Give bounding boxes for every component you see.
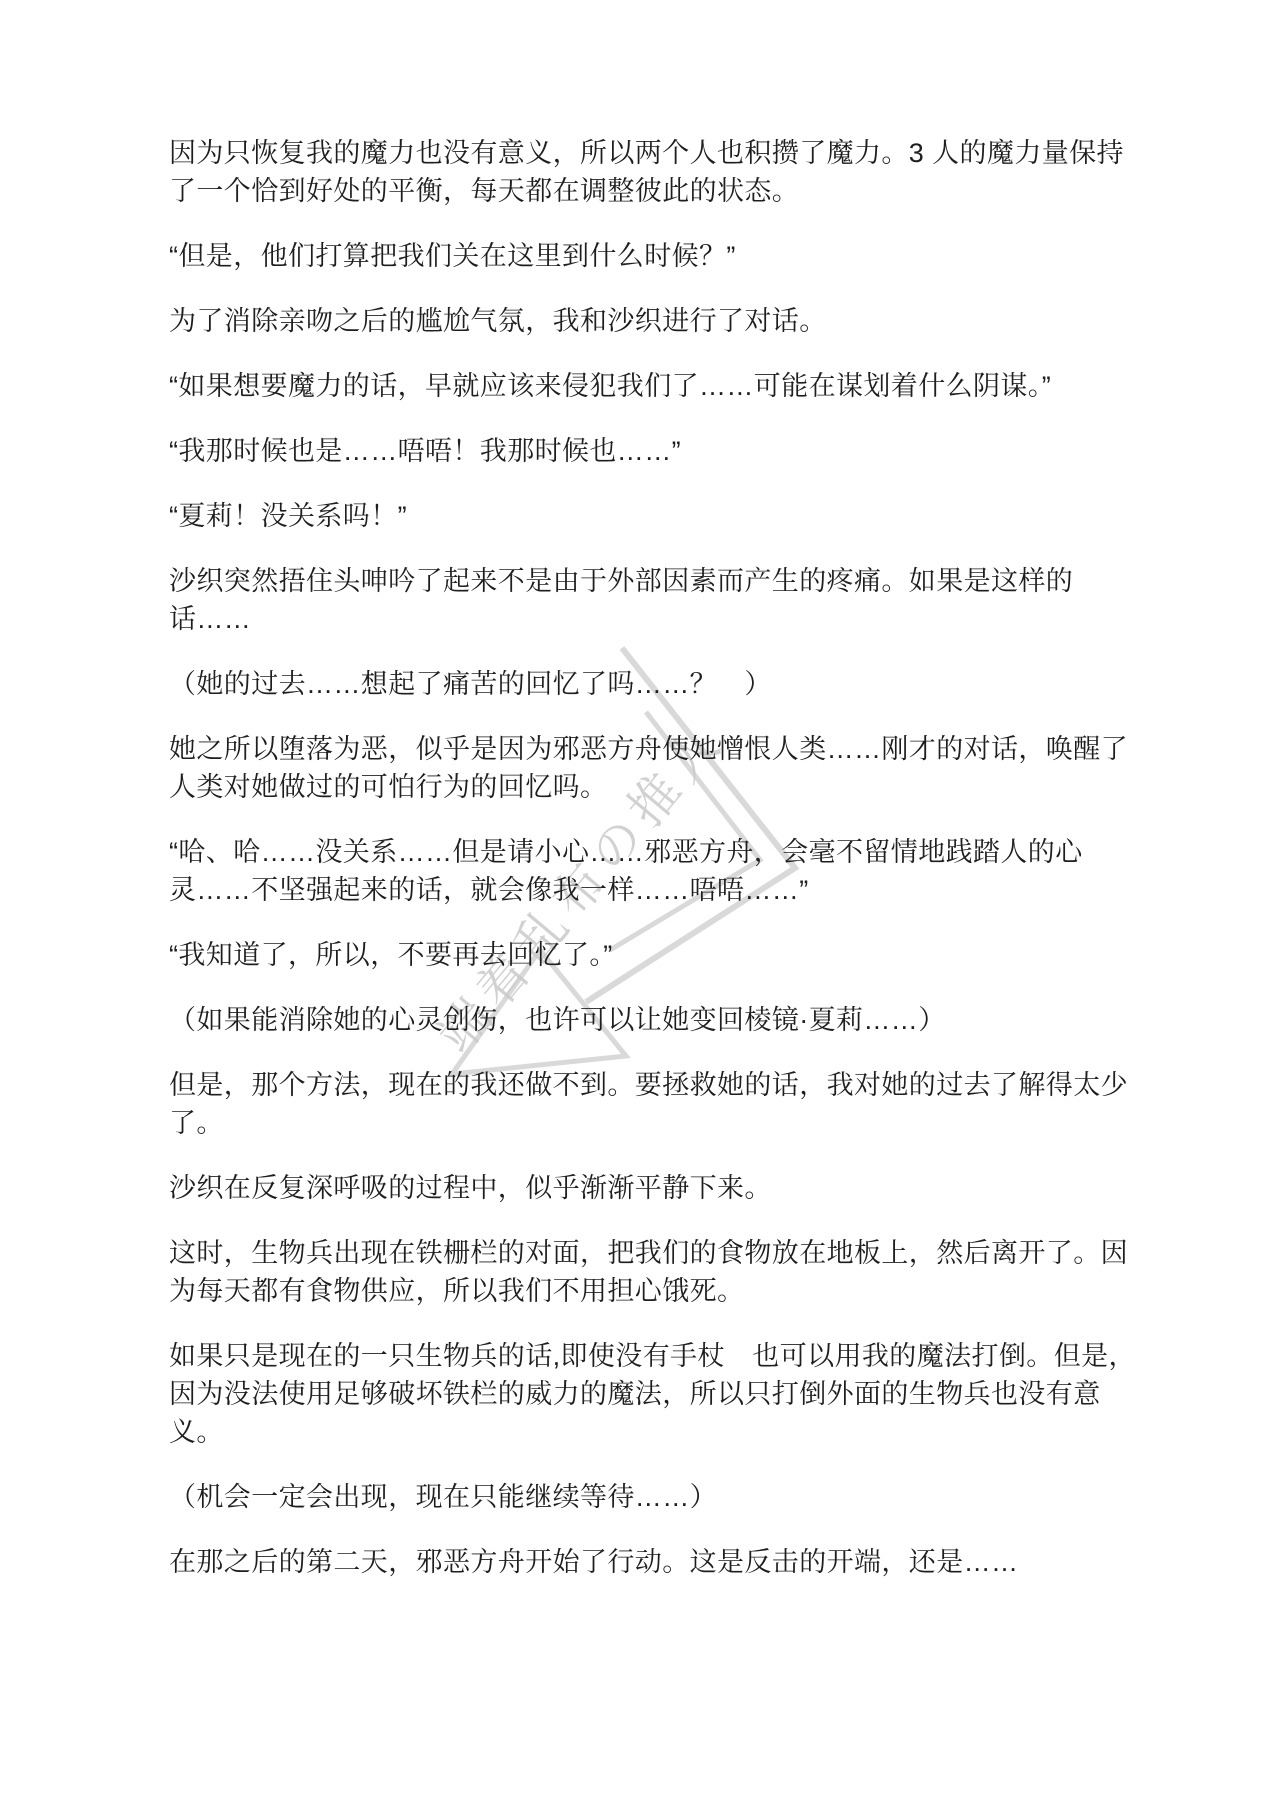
text-line: “哈、哈……没关系……但是请小心……邪恶方舟，会毫不留情地践踏人的心	[169, 833, 1169, 871]
text-line: 沙织在反复深呼吸的过程中，似乎渐渐平静下来。	[169, 1169, 1169, 1207]
paragraph: 沙织在反复深呼吸的过程中，似乎渐渐平静下来。	[169, 1169, 1169, 1207]
text-line: 为每天都有食物供应，所以我们不用担心饿死。	[169, 1272, 1169, 1310]
paragraph: “如果想要魔力的话，早就应该来侵犯我们了……可能在谋划着什么阴谋。”	[169, 367, 1169, 405]
paragraph: 如果只是现在的一只生物兵的话,即使没有手杖 也可以用我的魔法打倒。但是，因为没法…	[169, 1337, 1169, 1451]
paragraph: “夏莉！没关系吗！”	[169, 497, 1169, 535]
text-line: （机会一定会出现，现在只能继续等待……）	[169, 1478, 1169, 1516]
paragraph: 她之所以堕落为恶，似乎是因为邪恶方舟使她憎恨人类……刚才的对话，唤醒了人类对她做…	[169, 730, 1169, 806]
text-line: 这时，生物兵出现在铁栅栏的对面，把我们的食物放在地板上，然后离开了。因	[169, 1234, 1169, 1272]
paragraph: （她的过去……想起了痛苦的回忆了吗……？ ）	[169, 665, 1169, 703]
paragraph: 沙织突然捂住头呻吟了起来不是由于外部因素而产生的疼痛。如果是这样的话……	[169, 562, 1169, 638]
text-line: 话……	[169, 600, 1169, 638]
paragraph: 为了消除亲吻之后的尴尬气氛，我和沙织进行了对话。	[169, 302, 1169, 340]
text-line: “夏莉！没关系吗！”	[169, 497, 1169, 535]
text-line: 沙织突然捂住头呻吟了起来不是由于外部因素而产生的疼痛。如果是这样的	[169, 562, 1169, 600]
text-line: 但是，那个方法，现在的我还做不到。要拯救她的话，我对她的过去了解得太少	[169, 1066, 1169, 1104]
text-line: 义。	[169, 1413, 1169, 1451]
paragraph: 在那之后的第二天，邪恶方舟开始了行动。这是反击的开端，还是……	[169, 1543, 1169, 1581]
paragraph: （机会一定会出现，现在只能继续等待……）	[169, 1478, 1169, 1516]
text-line: “但是，他们打算把我们关在这里到什么时候？”	[169, 237, 1169, 275]
paragraph: “我那时候也是……唔唔！我那时候也……”	[169, 432, 1169, 470]
text-block: 因为只恢复我的魔力也没有意义，所以两个人也积攒了魔力。3 人的魔力量保持了一个恰…	[169, 134, 1169, 1608]
paragraph: “我知道了，所以，不要再去回忆了。”	[169, 936, 1169, 974]
paragraph: “但是，他们打算把我们关在这里到什么时候？”	[169, 237, 1169, 275]
text-line: “如果想要魔力的话，早就应该来侵犯我们了……可能在谋划着什么阴谋。”	[169, 367, 1169, 405]
text-line: 灵……不坚强起来的话，就会像我一样……唔唔……”	[169, 871, 1169, 909]
text-line: （如果能消除她的心灵创伤，也许可以让她变回棱镜·夏莉……）	[169, 1001, 1169, 1039]
text-line: 为了消除亲吻之后的尴尬气氛，我和沙织进行了对话。	[169, 302, 1169, 340]
text-line: 了。	[169, 1104, 1169, 1142]
text-line: “我知道了，所以，不要再去回忆了。”	[169, 936, 1169, 974]
paragraph: 这时，生物兵出现在铁栅栏的对面，把我们的食物放在地板上，然后离开了。因为每天都有…	[169, 1234, 1169, 1310]
paragraph: 因为只恢复我的魔力也没有意义，所以两个人也积攒了魔力。3 人的魔力量保持了一个恰…	[169, 134, 1169, 210]
text-line: 因为只恢复我的魔力也没有意义，所以两个人也积攒了魔力。3 人的魔力量保持	[169, 134, 1169, 172]
text-line: 了一个恰到好处的平衡，每天都在调整彼此的状态。	[169, 172, 1169, 210]
text-line: 在那之后的第二天，邪恶方舟开始了行动。这是反击的开端，还是……	[169, 1543, 1169, 1581]
text-line: 如果只是现在的一只生物兵的话,即使没有手杖 也可以用我的魔法打倒。但是，	[169, 1337, 1169, 1375]
text-line: 因为没法使用足够破坏铁栏的威力的魔法，所以只打倒外面的生物兵也没有意	[169, 1375, 1169, 1413]
paragraph: “哈、哈……没关系……但是请小心……邪恶方舟，会毫不留情地践踏人的心灵……不坚强…	[169, 833, 1169, 909]
document-page: 端着乱布の推人 因为只恢复我的魔力也没有意义，所以两个人也积攒了魔力。3 人的魔…	[0, 0, 1280, 1810]
text-line: “我那时候也是……唔唔！我那时候也……”	[169, 432, 1169, 470]
text-line: （她的过去……想起了痛苦的回忆了吗……？ ）	[169, 665, 1169, 703]
paragraph: （如果能消除她的心灵创伤，也许可以让她变回棱镜·夏莉……）	[169, 1001, 1169, 1039]
paragraph: 但是，那个方法，现在的我还做不到。要拯救她的话，我对她的过去了解得太少了。	[169, 1066, 1169, 1142]
text-line: 她之所以堕落为恶，似乎是因为邪恶方舟使她憎恨人类……刚才的对话，唤醒了	[169, 730, 1169, 768]
text-line: 人类对她做过的可怕行为的回忆吗。	[169, 768, 1169, 806]
